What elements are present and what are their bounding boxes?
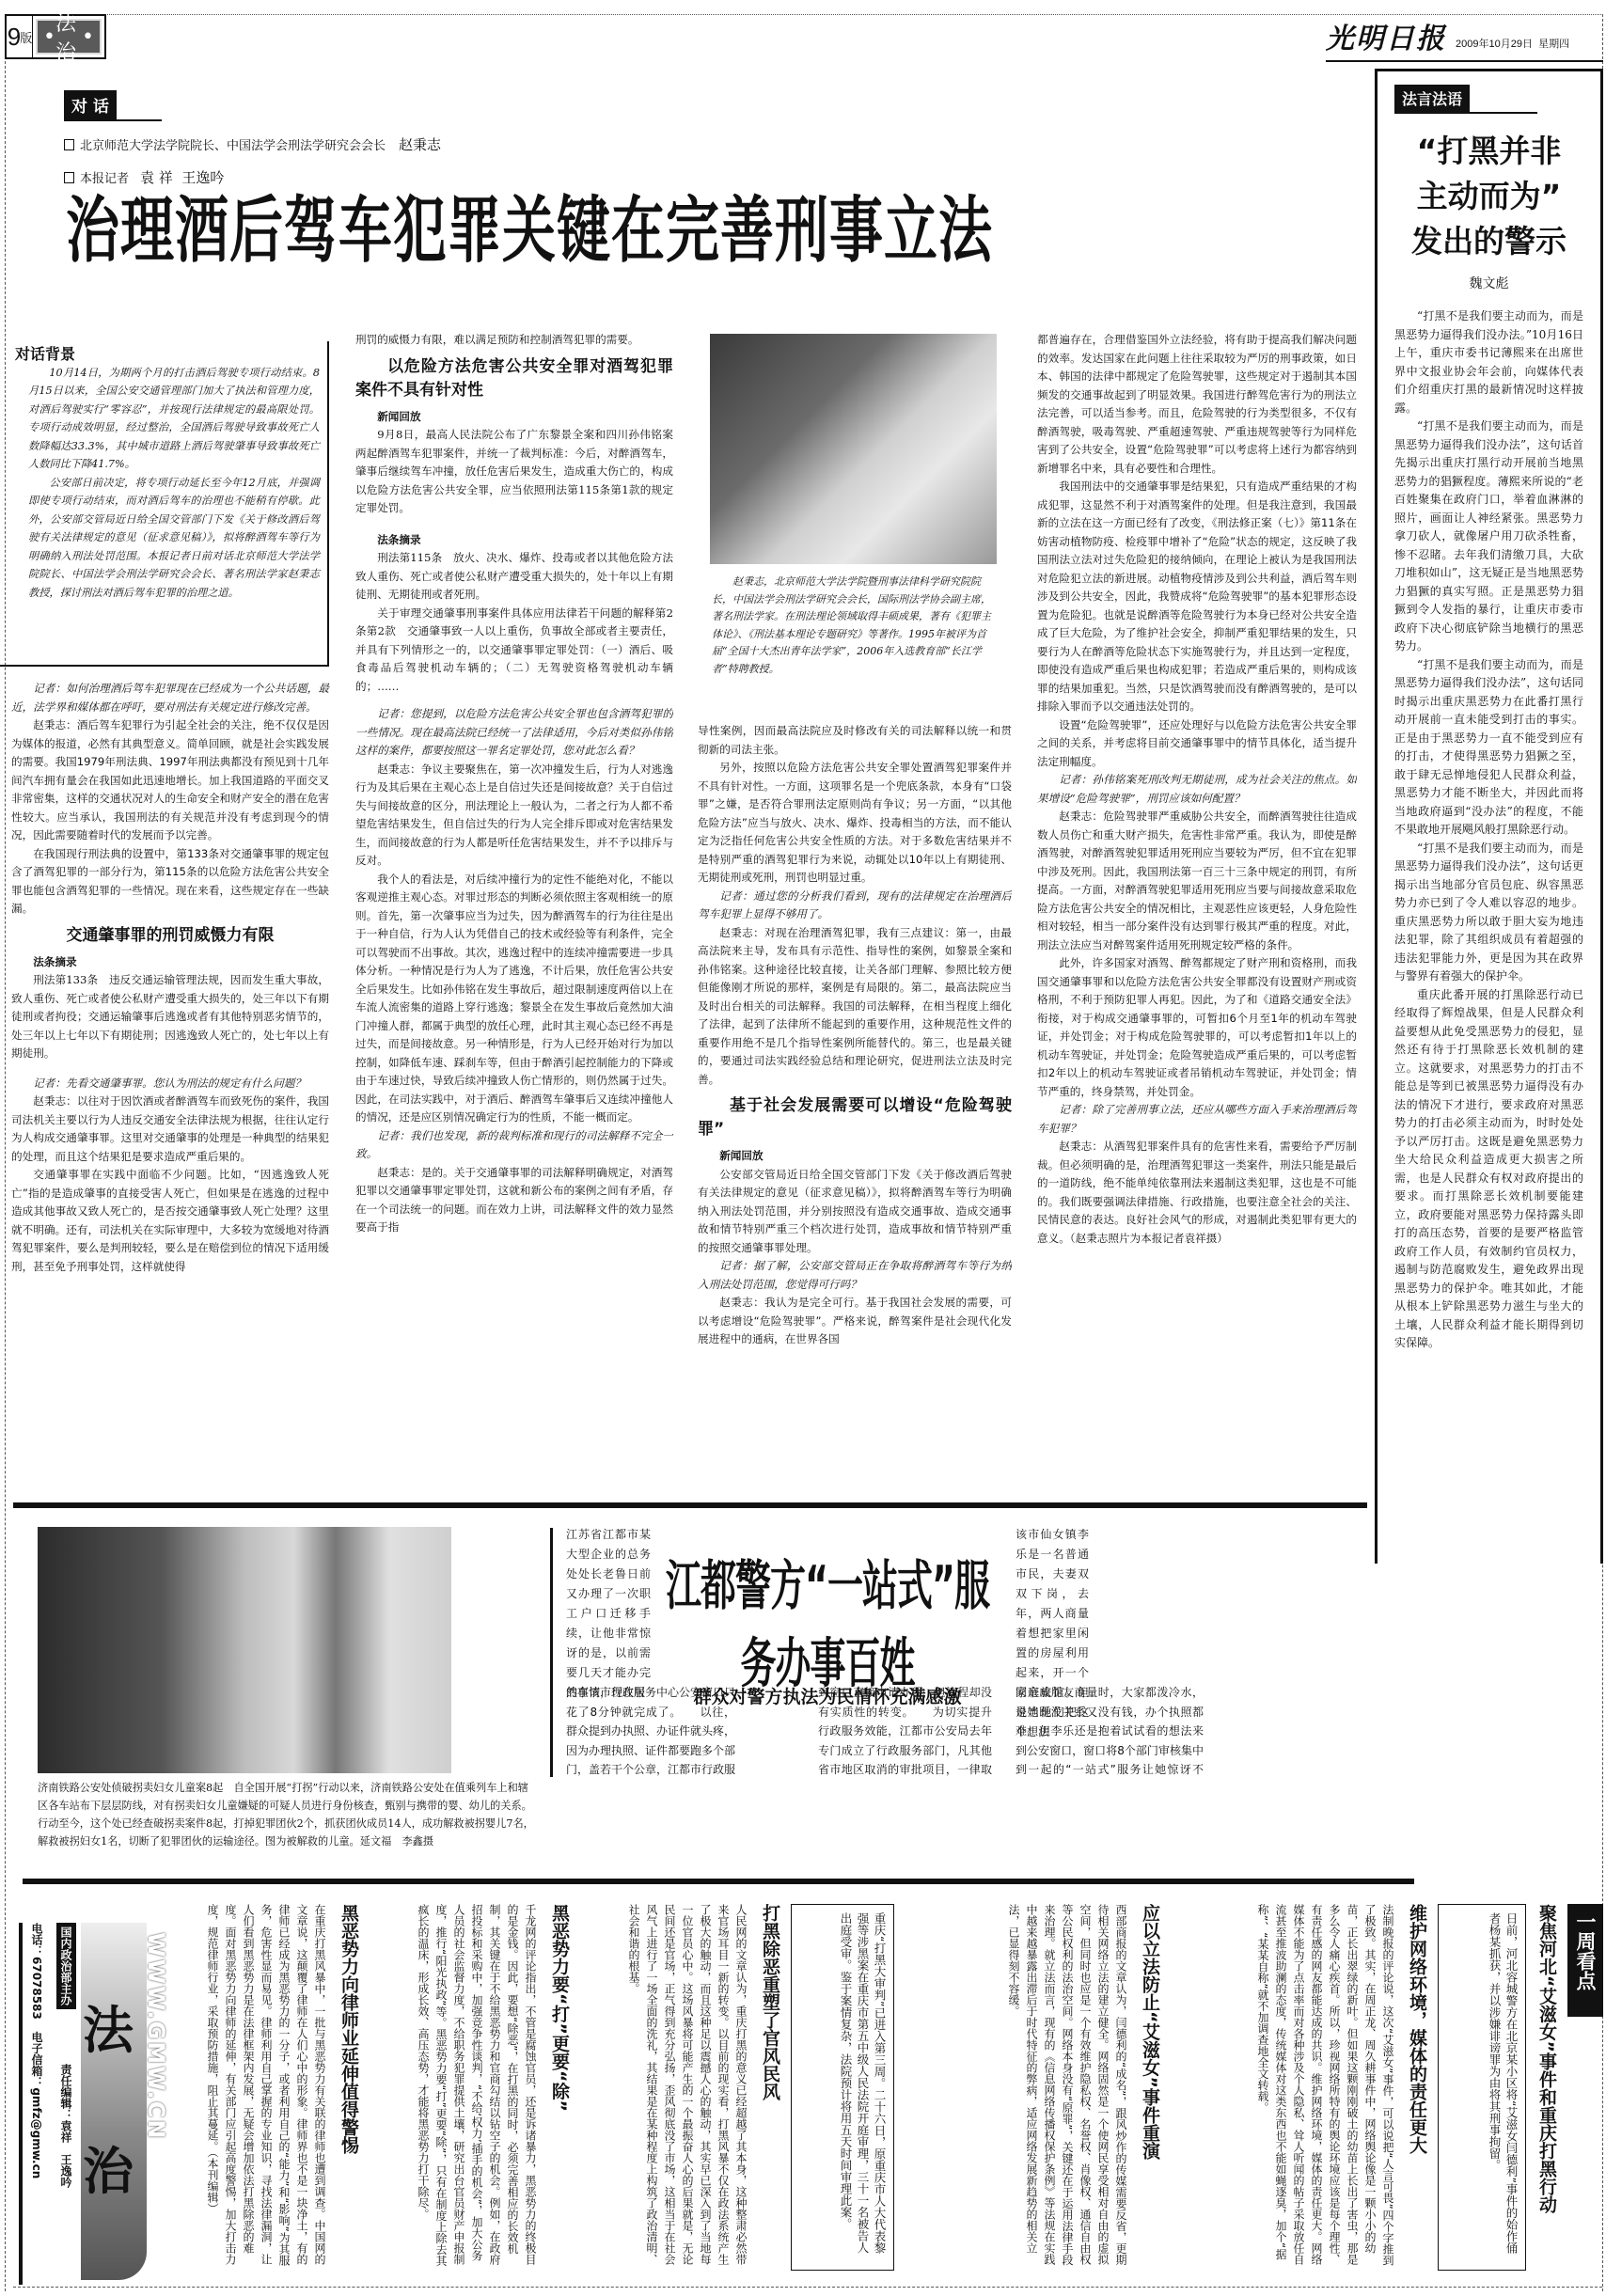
page-bottom-rule (13, 2287, 1602, 2288)
sidebar-title: “打黑并非 主动而为” 发出的警示 (1394, 129, 1583, 264)
edition-number: 9版 (7, 16, 33, 57)
body-lawyers: 在重庆打黑风暴中，一批与黑恶势力有关联的律师也遭到调查。中国网的文章说，这颠覆了… (168, 1904, 328, 2271)
portrait-caption: 赵秉志，北京师范大学法学院暨刑事法律科学研究院院长，中国法学会刑法学研究会会长，… (710, 564, 997, 678)
column-2: 刑罚的威慑力有限，难以满足预防和控制酒驾犯罪的需要。 以危险方法危害公共安全罪对… (355, 331, 673, 1455)
masthead: 光明日报 2009年10月29日 星期四 (1326, 21, 1603, 62)
headline-network: 维护网络环境，媒体的责任更大 (1406, 1904, 1428, 2271)
section-label: •法 治• (36, 19, 102, 55)
sidebar-author: 魏文彪 (1394, 274, 1583, 292)
photo-block: 赵秉志，北京师范大学法学院暨刑事法律科学研究院院长，中国法学会刑法学研究会会长，… (710, 334, 997, 678)
headline-lawyers: 黑恶势力向律师业延伸值得警惕 (338, 1904, 360, 2271)
rule-photo-story (550, 1528, 553, 1777)
headline-legislation: 应以立法防止“艾滋女”事件重演 (1139, 1904, 1161, 2271)
opinion-sidebar: 法言法语 “打黑并非 主动而为” 发出的警示 魏文彪 “打黑不是我们要主动而为，… (1375, 69, 1603, 1564)
interviewee-byline: 北京师范大学法学院院长、中国法学会刑法学研究会会长 赵秉志 (64, 134, 441, 154)
rescued-children-photo (38, 1527, 451, 1773)
newspaper-logo: 光明日报 (1326, 15, 1446, 56)
photo-story-caption: 济南铁路公安处侦破拐卖妇女儿童案8起 自全国开展“打拐”行动以来，济南铁路公安处… (38, 1779, 536, 1850)
jiangdu-headline: 江都警方“一站式”服务办事百姓 (658, 1542, 997, 1697)
sidebar-tag: 法言法语 (1394, 85, 1583, 114)
portrait-photo (710, 334, 997, 564)
column-1: 对话背景 10月14日，为期两个月的打击酒后驾驶专项行动结束。8月15日以来，全… (11, 341, 329, 1276)
background-box-1: 日前，河北容城警方在北京某小区将“艾滋女闫德利”事件的始作俑者杨某抓获，并以涉嫌… (1438, 1904, 1526, 2271)
jiangdu-col-right: 同亲戚朋友商量时，大家都泼冷水，说她既没关系又没有钱，办个执照都难。但李乐还是抱… (1016, 1683, 1204, 1777)
subhead-dangerous-method: 以危险方法危害公共安全罪对酒驾犯罪案件不具有针对性 (355, 355, 673, 402)
dialogue-tag: 对 话 (64, 90, 162, 121)
sidebar-body: “打黑不是我们要主动而为，而是黑恶势力逼得我们没办法。”10月16日上午，重庆市… (1394, 307, 1583, 1353)
banner-title: 法 治 (83, 1960, 134, 2242)
banner-contact: 电话：67078583 电子信箱：gmfz@gmw.cn (28, 1923, 45, 2178)
subhead-new-crime: 基于社会发展需要可以增设“危险驾驶罪” (698, 1094, 1012, 1141)
photo-story: 济南铁路公安处侦破拐卖妇女儿童案8起 自全国开展“打拐”行动以来，济南铁路公安处… (38, 1527, 527, 1850)
headline-strike-eliminate: 黑恶势力要“打”更要“除” (548, 1904, 571, 2271)
banner-editors: 责任编辑：袁祥 王逸吟 (58, 2064, 74, 2188)
main-headline: 治理酒后驾车犯罪关键在完善刑事立法 (66, 196, 1363, 268)
jiangdu-col-mid: 到窗口直接申请办理，但流程却没有实质性的转变。 为切实提升行政服务效能，江都市公… (818, 1683, 992, 1777)
jiangdu-col-left-top: 江苏省江都市某大型企业的总务处处长老鲁日前又办理了一次职工户口迁移手续，让他非常… (566, 1525, 651, 1703)
body-legislation: 西部商报的文章认为，闫德利的“成名”，跟风炒作的传媒需要反省，更期待相关网络立法… (904, 1904, 1129, 2271)
body-strike-eliminate: 千龙网的评论指出，不管是腐蚀官员，还是诉诸暴力，黑恶势力的终极目的是金钱。因此，… (370, 1904, 539, 2271)
reporter-byline: 本报记者 袁 祥 王逸吟 (64, 167, 224, 187)
col1-body: 记者：如何治理酒后驾车犯罪现在已经成为一个公共话题，最近，法学界和媒体都在呼吁，… (11, 680, 329, 1276)
background-box-2: 重庆“打黑大审判”已进入第三周。二十六日，原重庆市人大代表黎强等涉黑案在重庆市第… (791, 1904, 894, 2271)
weekly-topic: 聚焦河北“艾滋女”事件和重庆打黑行动 (1535, 1904, 1558, 2271)
footer-banner: 电话：67078583 电子信箱：gmfz@gmw.cn 国内政治部主办 责任编… (19, 1923, 155, 2289)
subhead-traffic: 交通肇事罪的刑罚威慑力有限 (11, 924, 329, 948)
divider-bottom (23, 1879, 1414, 1884)
background-box: 对话背景 10月14日，为期两个月的打击酒后驾驶专项行动结束。8月15日以来，全… (0, 341, 329, 667)
issue-date: 2009年10月29日 星期四 (1456, 36, 1569, 56)
body-officialdom: 人民网的文章认为，重庆打黑的意义已经超越了其本身，这种整肃必然带来官场耳目一新的… (580, 1904, 749, 2271)
weekly-section: 一周看点 聚焦河北“艾滋女”事件和重庆打黑行动 日前，河北容城警方在北京某小区将… (165, 1904, 1603, 2289)
banner-host: 国内政治部主办 (56, 1923, 76, 2009)
edition-box: 9版 •法 治• (5, 14, 106, 59)
weekly-tag: 一周看点 (1567, 1904, 1603, 2017)
jiangdu-col-left: 然在该市行政服务中心公安窗口只花了8分钟就完成了。 以往，群众提到办执照、办证件… (566, 1683, 735, 1777)
headline-officialdom: 打黑除恶重塑了官风民风 (759, 1904, 781, 2271)
divider-middle (13, 1502, 1367, 1508)
column-4: 都普遍存在，合理借鉴国外立法经验，将有助于提高我们解决问题的效率。发达国家在此问… (1037, 331, 1357, 1455)
column-3: 导性案例，因而最高法院应及时修改有关的司法解释以统一和贯彻新的司法主张。 另外，… (698, 722, 1012, 1455)
body-network: 法制晚报的评论说，这次“艾滋女”事件，可以说把“人言可畏”四个字推到了极致。其实… (1171, 1904, 1396, 2271)
